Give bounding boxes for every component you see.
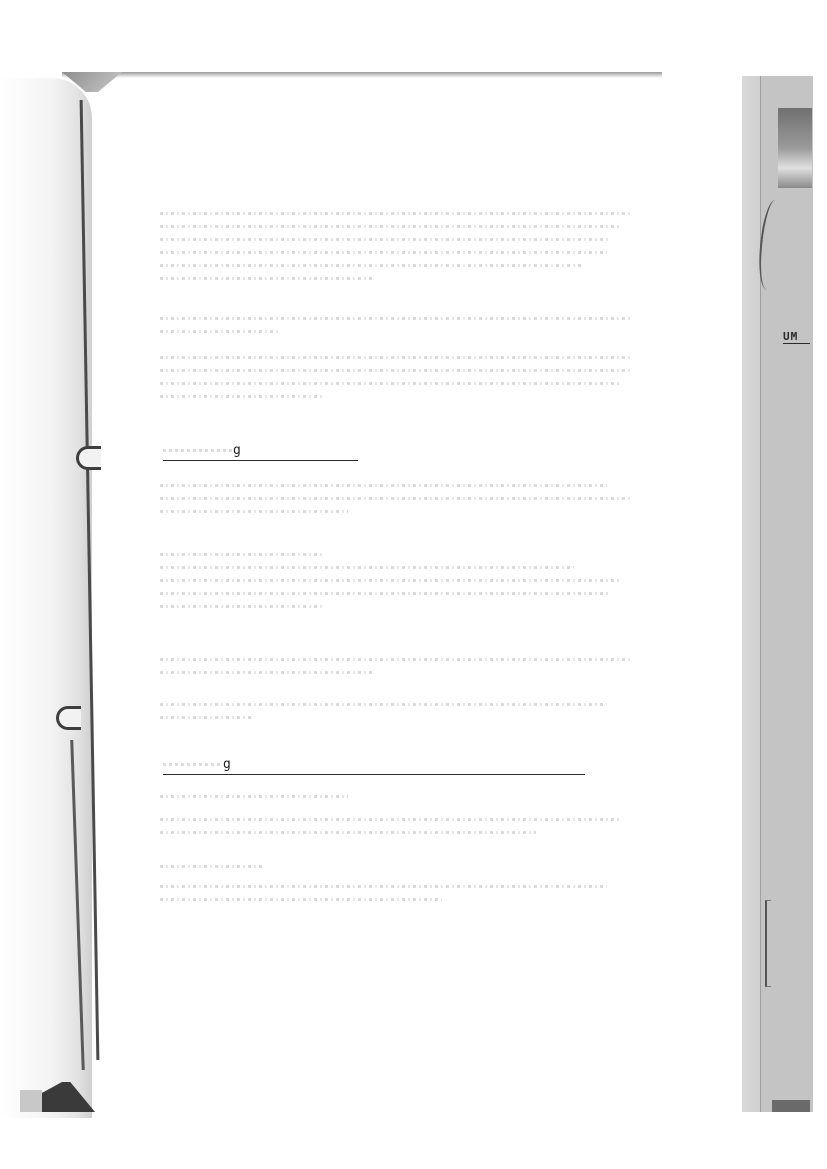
section-2-paragraph-4 <box>160 885 630 911</box>
section-1-paragraph-1 <box>160 484 630 523</box>
faded-text-line <box>160 225 621 228</box>
section-1-heading: g <box>163 444 358 461</box>
faded-text-line <box>160 579 621 582</box>
faded-text-line <box>160 497 630 500</box>
faded-text-line <box>160 658 630 661</box>
faded-text-line <box>160 510 348 513</box>
adjacent-page-label: UM <box>783 331 810 344</box>
intro-paragraph-1 <box>160 212 630 290</box>
faded-text-line <box>160 553 325 556</box>
adjacent-page-bottom-tab <box>772 1100 810 1112</box>
section-2-paragraph-2 <box>160 818 630 844</box>
faded-text-line <box>160 795 348 798</box>
heading-visible-glyph: g <box>233 443 241 458</box>
binder-ring-icon <box>56 706 81 730</box>
faded-text-line <box>160 898 442 901</box>
faded-text-line <box>160 382 621 385</box>
binder-ring-icon <box>76 446 101 470</box>
faded-text-line <box>160 277 372 280</box>
faded-text-line <box>160 592 611 595</box>
faded-text-line <box>160 369 630 372</box>
faded-heading-text <box>163 763 223 766</box>
faded-text-line <box>160 238 611 241</box>
faded-text-line <box>160 356 630 359</box>
faded-text-line <box>160 566 574 569</box>
page-top-edge <box>62 72 662 78</box>
faded-heading-text <box>163 449 233 452</box>
faded-text-line <box>160 671 372 674</box>
section-1-paragraph-2 <box>160 553 630 618</box>
intro-paragraph-2 <box>160 317 630 343</box>
section-1-paragraph-3 <box>160 658 630 684</box>
faded-text-line <box>160 264 583 267</box>
faded-text-line <box>160 484 607 487</box>
faded-text-line <box>160 330 278 333</box>
faded-text-line <box>160 605 325 608</box>
faded-text-line <box>160 885 607 888</box>
page-corner-bottom-left-gray <box>20 1090 42 1112</box>
faded-text-line <box>160 395 325 398</box>
faded-text-line <box>160 716 254 719</box>
faded-text-line <box>160 251 607 254</box>
faded-text-line <box>160 317 630 320</box>
faded-text-line <box>160 703 607 706</box>
faded-text-line <box>160 831 536 834</box>
faded-text-line <box>160 865 263 868</box>
adjacent-page-photo <box>778 108 812 188</box>
section-2-paragraph-3 <box>160 865 630 878</box>
faded-text-line <box>160 212 630 215</box>
adjacent-page-bracket <box>765 900 771 987</box>
section-1-paragraph-4 <box>160 703 630 729</box>
intro-paragraph-3 <box>160 356 630 408</box>
section-2-paragraph-1 <box>160 795 630 808</box>
heading-visible-glyph: g <box>223 757 231 772</box>
section-2-heading: g <box>163 758 585 775</box>
faded-text-line <box>160 818 621 821</box>
